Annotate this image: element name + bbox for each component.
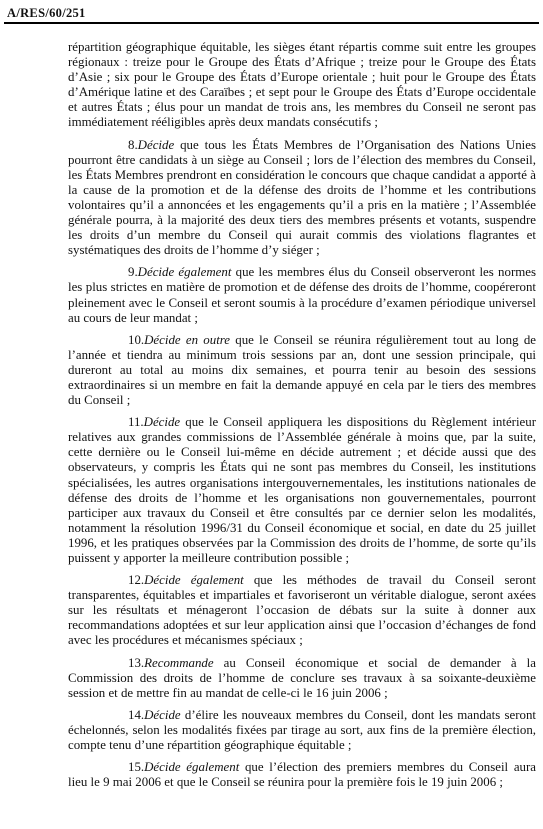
document-body: répartition géographique équitable, les … <box>68 40 536 790</box>
paragraph-number: 14. <box>98 708 144 723</box>
paragraph: répartition géographique équitable, les … <box>68 40 536 131</box>
paragraph: 14.Décide d’élire les nouveaux membres d… <box>68 708 536 753</box>
header-rule <box>4 22 539 24</box>
paragraph: 10.Décide en outre que le Conseil se réu… <box>68 333 536 408</box>
paragraph: 8.Décide que tous les États Membres de l… <box>68 138 536 259</box>
paragraph-number: 15. <box>98 760 144 775</box>
paragraph: 12.Décide également que les méthodes de … <box>68 573 536 648</box>
paragraph-lead: Décide en outre <box>144 333 230 347</box>
paragraph-number: 8. <box>98 138 138 153</box>
document-page: A/RES/60/251 répartition géographique éq… <box>0 0 543 829</box>
paragraph-text: que tous les États Membres de l’Organisa… <box>68 138 536 258</box>
paragraph: 11.Décide que le Conseil appliquera les … <box>68 415 536 566</box>
paragraph-text: répartition géographique équitable, les … <box>68 40 536 129</box>
paragraph: 13.Recommande au Conseil économique et s… <box>68 656 536 701</box>
paragraph: 15.Décide également que l’élection des p… <box>68 760 536 790</box>
document-reference: A/RES/60/251 <box>7 6 86 21</box>
paragraph-number: 10. <box>98 333 144 348</box>
paragraph-text: que le Conseil appliquera les dispositio… <box>68 415 536 565</box>
paragraph-number: 11. <box>98 415 144 430</box>
paragraph-lead: Décide <box>144 708 181 722</box>
paragraph-number: 12. <box>98 573 144 588</box>
paragraph-number: 13. <box>98 656 144 671</box>
paragraph-lead: Décide <box>138 138 175 152</box>
paragraph-lead: Décide <box>144 415 181 429</box>
paragraph-lead: Recommande <box>144 656 213 670</box>
paragraph-lead: Décide également <box>144 573 244 587</box>
paragraph-number: 9. <box>98 265 138 280</box>
paragraph-lead: Décide également <box>144 760 239 774</box>
paragraph-lead: Décide également <box>138 265 232 279</box>
paragraph: 9.Décide également que les membres élus … <box>68 265 536 325</box>
